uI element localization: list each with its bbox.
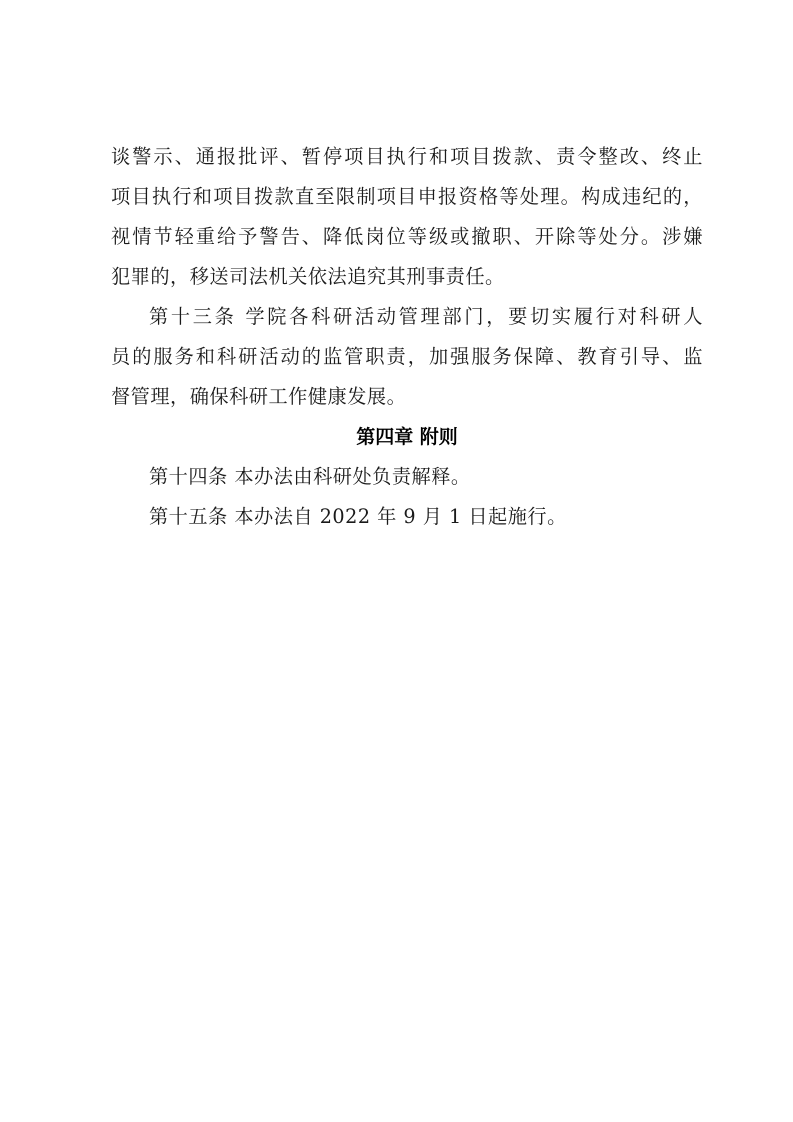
chapter-heading: 第四章 附则 (111, 417, 703, 457)
text-line: 谈警示、通报批评、暂停项目执行和项目拨款、责令整改、终止 (111, 137, 703, 177)
text-line: 犯罪的，移送司法机关依法追究其刑事责任。 (111, 257, 703, 297)
article-14: 第十四条 本办法由科研处负责解释。 (111, 457, 703, 497)
text-line: 视情节轻重给予警告、降低岗位等级或撤职、开除等处分。涉嫌 (111, 217, 703, 257)
article-15: 第十五条 本办法自 2022 年 9 月 1 日起施行。 (111, 497, 703, 537)
article-13: 第十三条 学院各科研活动管理部门，要切实履行对科研人 员的服务和科研活动的监管职… (111, 297, 703, 417)
text-line: 第十三条 学院各科研活动管理部门，要切实履行对科研人 (111, 297, 703, 337)
paragraph-penalties: 谈警示、通报批评、暂停项目执行和项目拨款、责令整改、终止 项目执行和项目拨款直至… (111, 137, 703, 297)
text-line: 督管理，确保科研工作健康发展。 (111, 377, 703, 417)
text-line: 员的服务和科研活动的监管职责，加强服务保障、教育引导、监 (111, 337, 703, 377)
document-page: 谈警示、通报批评、暂停项目执行和项目拨款、责令整改、终止 项目执行和项目拨款直至… (111, 137, 703, 537)
text-line: 项目执行和项目拨款直至限制项目申报资格等处理。构成违纪的， (111, 177, 703, 217)
